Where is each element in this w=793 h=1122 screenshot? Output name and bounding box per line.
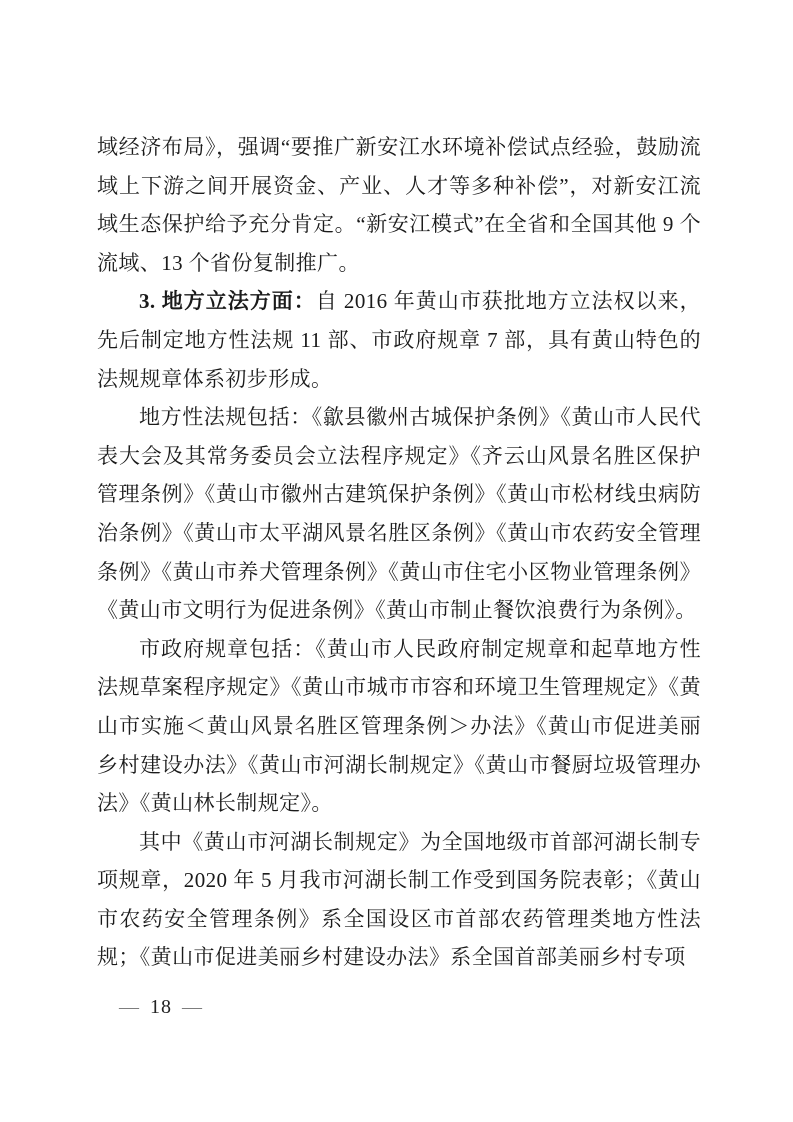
section-heading-label: 3. 地方立法方面： (139, 289, 316, 313)
paragraph-highlights: 其中《黄山市河湖长制规定》为全国地级市首部河湖长制专项规章，2020 年 5 月… (97, 823, 701, 977)
page-number-dash-right: — (182, 996, 203, 1018)
page-number-value: 18 (140, 996, 182, 1018)
paragraph-local-regulations: 地方性法规包括：《歙县徽州古城保护条例》《黄山市人民代表大会及其常务委员会立法程… (97, 398, 701, 630)
paragraph-text: 域经济布局》，强调“要推广新安江水环境补偿试点经验，鼓励流域上下游之间开展资金、… (97, 135, 701, 275)
paragraph-section-heading: 3. 地方立法方面：自 2016 年黄山市获批地方立法权以来，先后制定地方性法规… (97, 282, 701, 398)
document-page: 域经济布局》，强调“要推广新安江水环境补偿试点经验，鼓励流域上下游之间开展资金、… (0, 0, 793, 1122)
page-number-dash-left: — (119, 996, 140, 1018)
document-body: 域经济布局》，强调“要推广新安江水环境补偿试点经验，鼓励流域上下游之间开展资金、… (97, 128, 701, 977)
paragraph-continuation: 域经济布局》，强调“要推广新安江水环境补偿试点经验，鼓励流域上下游之间开展资金、… (97, 128, 701, 282)
paragraph-text: 地方性法规包括：《歙县徽州古城保护条例》《黄山市人民代表大会及其常务委员会立法程… (97, 405, 701, 622)
page-number: —18— (119, 996, 203, 1019)
paragraph-text: 其中《黄山市河湖长制规定》为全国地级市首部河湖长制专项规章，2020 年 5 月… (97, 830, 701, 970)
paragraph-government-rules: 市政府规章包括：《黄山市人民政府制定规章和起草地方性法规草案程序规定》《黄山市城… (97, 630, 701, 823)
paragraph-text: 市政府规章包括：《黄山市人民政府制定规章和起草地方性法规草案程序规定》《黄山市城… (97, 637, 701, 815)
